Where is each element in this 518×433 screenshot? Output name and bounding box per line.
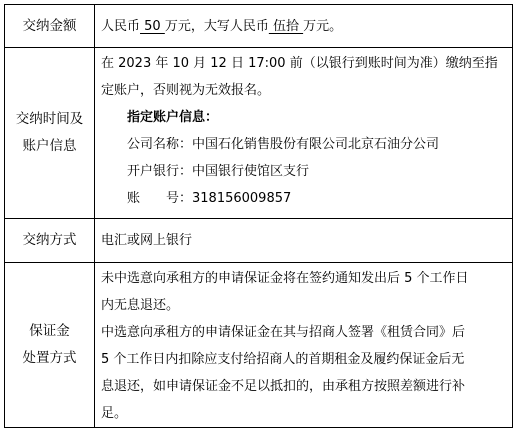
payment-time-account-cell: 在 2023 年 10 月 12 日 17:00 前（以银行到账时间为准）缴纳至… bbox=[95, 48, 512, 219]
company-name-line: 公司名称：中国石化销售股份有限公司北京石油分公司 bbox=[101, 131, 506, 158]
deposit-refund-unselected-text: 未中选意向承租方的申请保证金将在签约通知发出后 5 个工作日 内无息退还。 bbox=[101, 265, 506, 319]
amount-text-middle: 万元，大写人民币 bbox=[165, 19, 269, 34]
payment-amount-text: 人民币 50 万元，大写人民币 伍拾 万元。 bbox=[101, 13, 342, 40]
bank-name-line: 开户银行：中国银行使馆区支行 bbox=[101, 158, 506, 185]
account-number-line: 账 号：318156009857 bbox=[101, 185, 506, 212]
amount-text-prefix: 人民币 bbox=[101, 19, 140, 34]
row-label-payment-time-account: 交纳时间及 账户信息 bbox=[5, 48, 95, 219]
row-label-deposit-disposal: 保证金 处置方式 bbox=[5, 263, 95, 427]
deposit-refund-selected-text: 中选意向承租方的申请保证金在其与招商人签署《租赁合同》后 5 个工作日内扣除应支… bbox=[101, 319, 506, 427]
account-info-heading: 指定账户信息： bbox=[101, 104, 506, 131]
payment-method-cell: 电汇或网上银行 bbox=[95, 219, 512, 263]
amount-text-suffix: 万元。 bbox=[303, 19, 342, 34]
row-label-payment-method: 交纳方式 bbox=[5, 219, 95, 263]
payment-method-text: 电汇或网上银行 bbox=[101, 227, 192, 254]
deposit-disposal-cell: 未中选意向承租方的申请保证金将在签约通知发出后 5 个工作日 内无息退还。 中选… bbox=[95, 263, 512, 427]
row-label-payment-amount: 交纳金额 bbox=[5, 5, 95, 48]
amount-capital-underlined: 伍拾 bbox=[269, 19, 303, 34]
payment-deadline-text: 在 2023 年 10 月 12 日 17:00 前（以银行到账时间为准）缴纳至… bbox=[101, 50, 506, 104]
deposit-info-table: 交纳金额 人民币 50 万元，大写人民币 伍拾 万元。 交纳时间及 账户信息 在… bbox=[4, 4, 513, 428]
amount-numeric-underlined: 50 bbox=[140, 19, 165, 34]
payment-amount-cell: 人民币 50 万元，大写人民币 伍拾 万元。 bbox=[95, 5, 512, 48]
